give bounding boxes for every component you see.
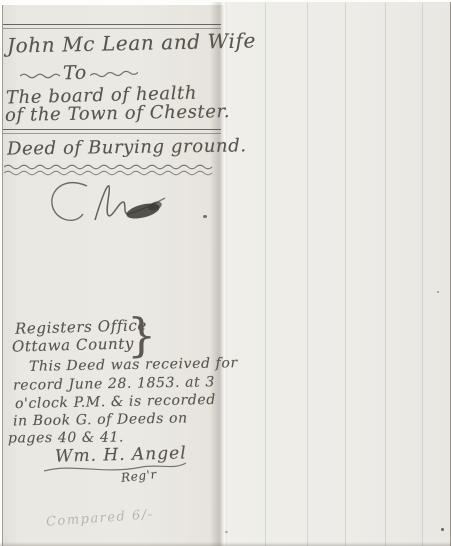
ink-speck [441, 528, 444, 531]
ink-speck [225, 531, 228, 533]
paper-crease [422, 3, 423, 546]
fold-crease [210, 2, 227, 546]
blank-fold-panel [224, 2, 451, 546]
squiggle-flourish-left [20, 71, 60, 81]
recording-line-4: in Book G. of Deeds on [13, 410, 188, 429]
paper-crease [385, 3, 386, 546]
paper-crease [265, 3, 266, 546]
paper-crease [345, 3, 346, 546]
scanned-deed-document: John Mc Lean and Wife To The board of he… [0, 0, 451, 546]
cipher-flourish [45, 176, 175, 230]
grantee-line-2: of the Town of Chester. [5, 101, 230, 126]
signature-swash [42, 461, 188, 475]
ink-speck [437, 291, 439, 293]
to-label: To [63, 62, 88, 85]
paper-crease [307, 3, 308, 546]
paper-bottom-edge [0, 542, 451, 546]
recording-line-5: pages 40 & 41. [8, 429, 124, 446]
deed-title-line: Deed of Burying ground. [7, 135, 247, 159]
docket-rule-middle [3, 129, 221, 134]
brace-mark: } [127, 312, 156, 358]
ink-speck [203, 215, 207, 218]
county-line: Ottawa County [12, 334, 134, 355]
docket-rule-top [3, 24, 221, 29]
